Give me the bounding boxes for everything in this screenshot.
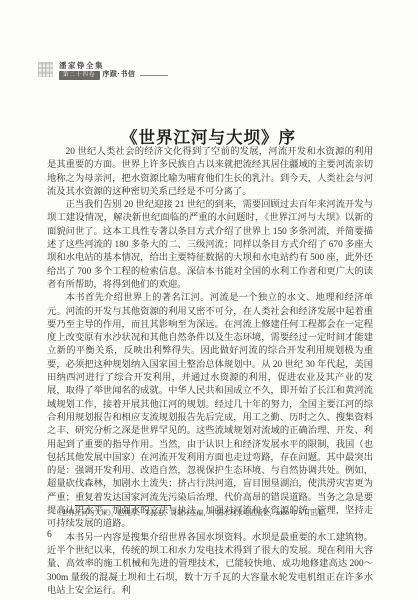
paragraph-4: 本书另一内容是搜集介绍世界各国水坝资料。水坝是最重要的水工建筑物。近半个世纪以来… [47,532,373,598]
page-title: 《世界江河与大坝》序 [0,124,417,148]
footnote-block: 《世界江河与大坝》，赵纯厚、朱振宏、周端庄主编，中国水利水电出版社，2000 年… [47,505,373,518]
page-number: 6 [47,530,52,540]
series-title: 潘家铮全集 [59,61,168,70]
paragraph-2: 正当我们告别 20 世纪迎接 21 世纪的到来，需要回顾过去百年来河流开发与坝工… [47,199,373,292]
running-header: 潘家铮全集 第二十四卷 序跋·书信 [38,61,168,80]
header-text-block: 潘家铮全集 第二十四卷 序跋·书信 [59,61,168,80]
paragraph-1: 20 世纪人类社会的经济文化得到了空前的发展，河流开发和水资源的利用是其重要的方… [47,146,373,199]
header-rule [140,75,168,76]
paragraph-3: 本书首先介绍世界上的著名江河。河流是一个独立的水文、地理和经济单元。河流的开发与… [47,292,373,531]
footnote-text: 《世界江河与大坝》，赵纯厚、朱振宏、周端庄主编，中国水利水电出版社，2000 年… [47,510,373,518]
section-title: 序跋·书信 [103,71,136,79]
publisher-logo-icon [38,62,53,77]
body-text: 20 世纪人类社会的经济文化得到了空前的发展，河流开发和水资源的利用是其重要的方… [47,146,373,598]
volume-badge: 第二十四卷 [59,71,100,80]
header-second-line: 第二十四卷 序跋·书信 [59,71,168,80]
book-page: 潘家铮全集 第二十四卷 序跋·书信 《世界江河与大坝》序 20 世纪人类社会的经… [0,0,417,600]
footnote-rule [75,505,171,506]
